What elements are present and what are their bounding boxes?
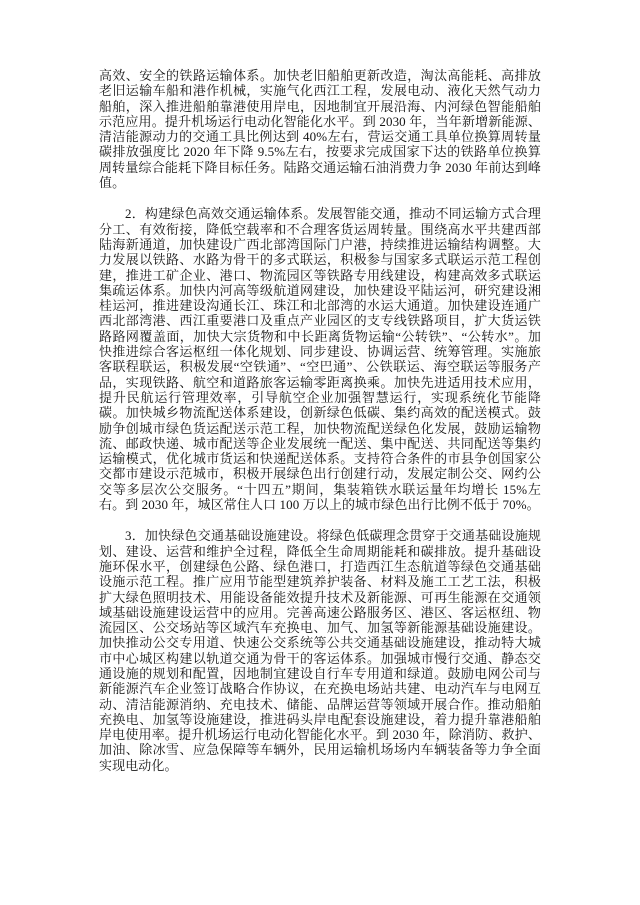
body-paragraph-item-2: 2．构建绿色高效交通运输体系。发展智能交通，推动不同运输方式合理分工、有效衔接，… <box>99 206 541 512</box>
document-body: 高效、安全的铁路运输体系。加快老旧船舶更新改造，淘汰高能耗、高排放老旧运输车船和… <box>99 68 541 789</box>
body-paragraph-item-3: 3．加快绿色交通基础设施建设。将绿色低碳理念贯穿于交通基础设施规划、建设、运营和… <box>99 528 541 773</box>
body-paragraph-continuation: 高效、安全的铁路运输体系。加快老旧船舶更新改造，淘汰高能耗、高排放老旧运输车船和… <box>99 68 541 190</box>
document-page: 高效、安全的铁路运输体系。加快老旧船舶更新改造，淘汰高能耗、高排放老旧运输车船和… <box>0 0 640 905</box>
